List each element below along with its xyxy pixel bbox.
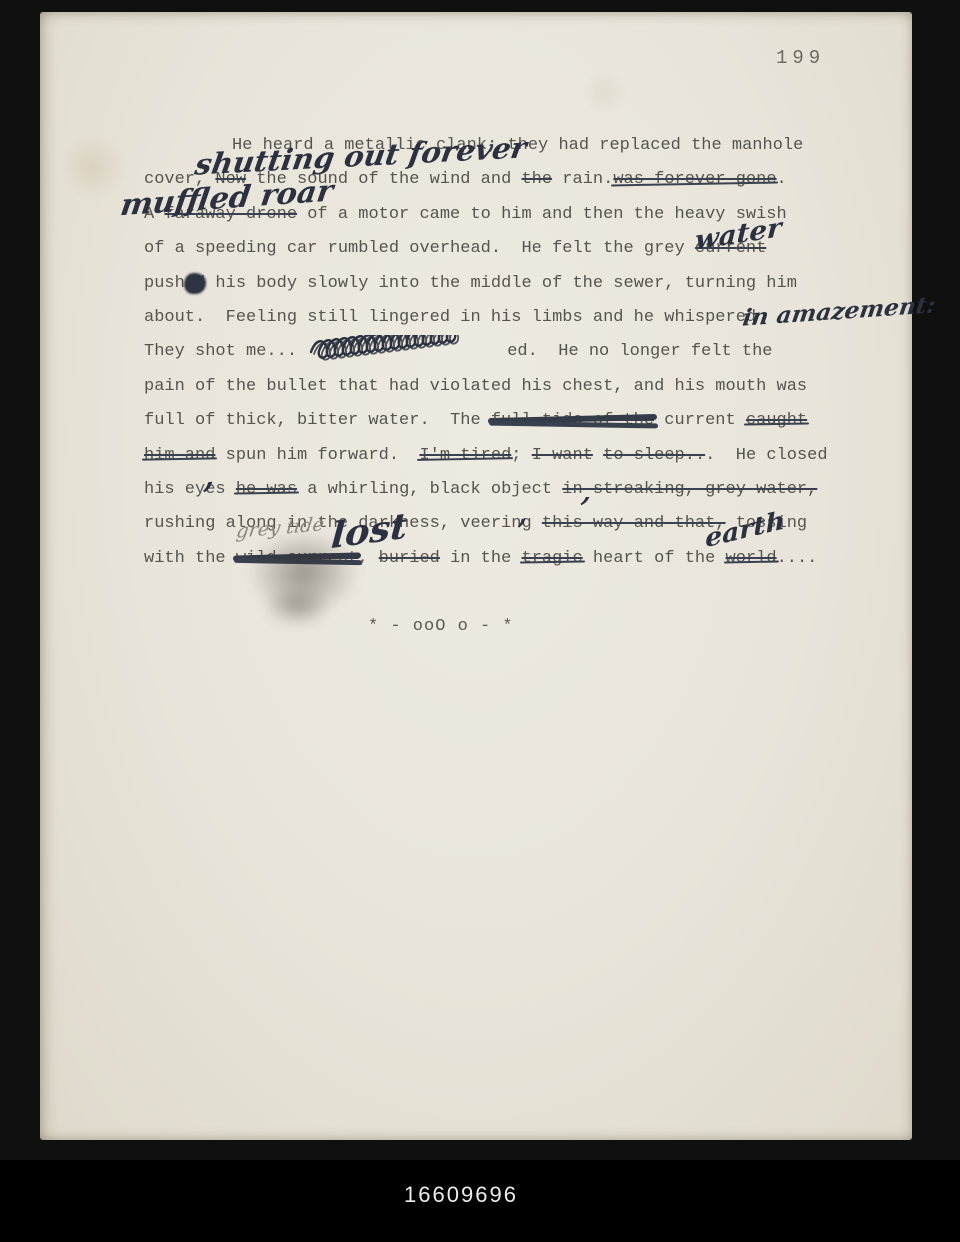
- typed-text: pain of the bullet that had violated his…: [144, 377, 807, 396]
- section-separator: * - ooO o - *: [368, 617, 514, 636]
- manuscript-line: about. Feeling still lingered in his lim…: [144, 301, 844, 335]
- manuscript-line: pushed his body slowly into the middle o…: [144, 267, 844, 301]
- paper-stain: [58, 132, 128, 202]
- typed-text: [593, 446, 603, 465]
- struck-text: tragic: [522, 549, 583, 568]
- inserted-comma-after-eyes: ,: [203, 459, 215, 495]
- struck-text: I'm tired: [419, 446, 511, 465]
- typed-text: of a speeding car rumbled overhead. He f…: [144, 239, 695, 258]
- manuscript-line: pain of the bullet that had violated his…: [144, 370, 844, 404]
- typed-text: ed. He no longer felt the: [507, 342, 772, 361]
- manuscript-line: his eyes he was a whirling, black object…: [144, 473, 844, 507]
- typed-text: [226, 480, 236, 499]
- page-number: 199: [776, 47, 825, 69]
- scribbled-over-text: full tide of the: [491, 411, 654, 430]
- struck-text: caught: [746, 411, 807, 430]
- struck-text: the: [521, 170, 552, 189]
- ink-scribble: [309, 335, 505, 361]
- manuscript-line: They shot me... ed. He no longer felt th…: [144, 335, 844, 369]
- typed-text: ....: [777, 549, 818, 568]
- struck-text: I want: [532, 446, 593, 465]
- catalog-id-label: 16609696: [0, 1182, 941, 1208]
- ink-blotted-text: ed: [185, 274, 205, 293]
- manuscript-page: 199 He heard a metallic clank; they had …: [40, 12, 912, 1140]
- manuscript-line: with the wild current, buried in the tra…: [144, 542, 844, 576]
- typed-text: ;: [511, 446, 531, 465]
- typed-text: a whirling, black object: [297, 480, 562, 499]
- scanned-document-view: { "page": { "number": "199", "separator"…: [0, 0, 960, 1242]
- typed-text: heart of the: [583, 549, 726, 568]
- struck-text: world: [726, 549, 777, 568]
- typed-text: They shot me...: [144, 342, 307, 361]
- typed-text: full of thick, bitter water. The: [144, 411, 491, 430]
- typed-text: with the: [144, 549, 236, 568]
- typed-text: of a motor came to him and then the heav…: [297, 205, 787, 224]
- struck-text: was forever gone: [613, 170, 776, 189]
- typed-text: .: [777, 170, 787, 189]
- typed-text: his body slowly into the middle of the s…: [205, 274, 797, 293]
- struck-text: to sleep..: [603, 446, 705, 465]
- typed-text: spun him forward.: [215, 446, 419, 465]
- typed-text: rain.: [552, 170, 613, 189]
- typed-text: push: [144, 274, 185, 293]
- typed-text: about. Feeling still lingered in his lim…: [144, 308, 756, 327]
- typed-text: current: [654, 411, 746, 430]
- manuscript-line: him and spun him forward. I'm tired; I w…: [144, 439, 844, 473]
- ink-smudge: [262, 584, 332, 628]
- struck-text: this way and that,: [542, 514, 726, 533]
- inserted-comma-after-veering: ,: [518, 499, 527, 530]
- typed-text: in the: [440, 549, 522, 568]
- struck-text: he was: [236, 480, 297, 499]
- typed-text: . He closed: [705, 446, 827, 465]
- manuscript-line: full of thick, bitter water. The full ti…: [144, 404, 844, 438]
- struck-text: in streaking, grey water,: [562, 480, 817, 499]
- struck-text: buried: [379, 549, 440, 568]
- paper-stain: [580, 72, 630, 112]
